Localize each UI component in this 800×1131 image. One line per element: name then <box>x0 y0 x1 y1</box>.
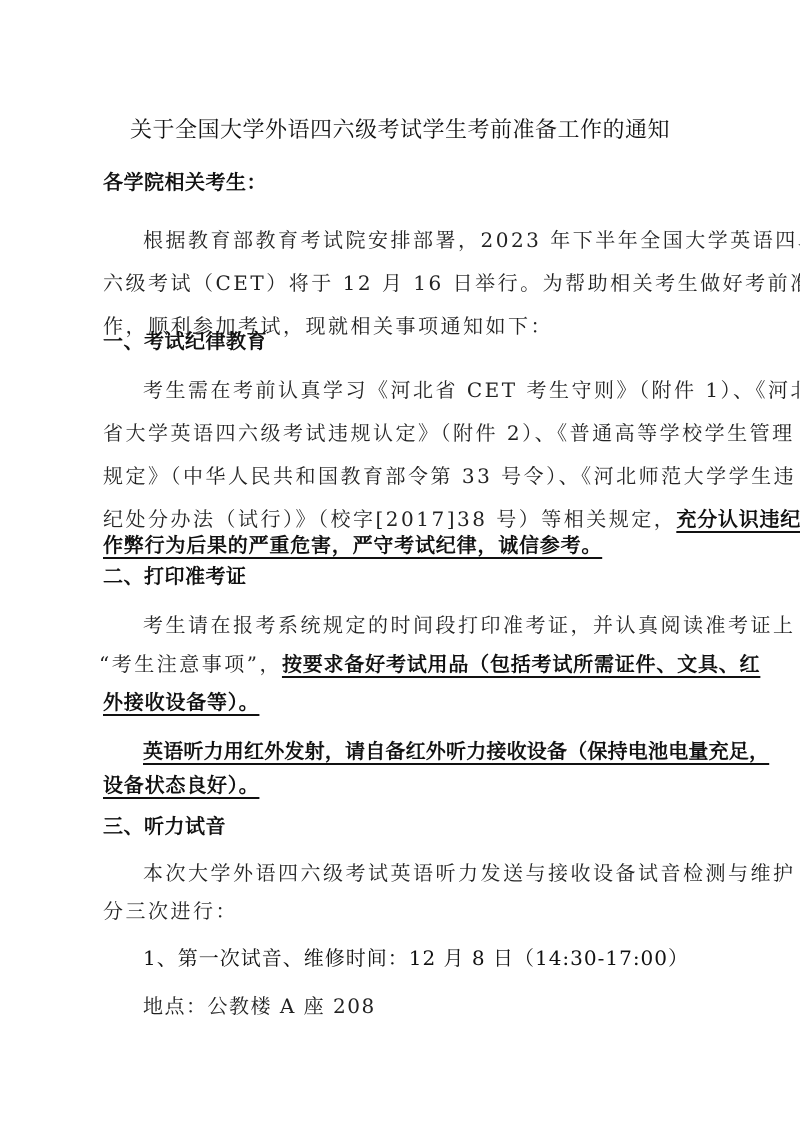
salutation: 各学院相关考生： <box>103 168 267 196</box>
document-page: 关于全国大学外语四六级考试学生考前准备工作的通知 各学院相关考生： 根据教育部教… <box>0 0 800 1131</box>
section-1-line-4-plain: 纪处分办法（试行）》（校字[2017]38 号）等相关规定， <box>103 507 676 531</box>
section-1-line-2: 省大学英语四六级考试违规认定》（附件 2）、《普通高等学校学生管理 <box>103 419 795 447</box>
schedule-item-1-location: 地点：公教楼 A 座 208 <box>143 992 376 1020</box>
section-1-line-3: 规定》（中华人民共和国教育部令第 33 号令）、《河北师范大学学生违 <box>103 462 796 490</box>
section-2-para-2-line-2: 设备状态良好）。 <box>103 771 259 799</box>
section-2-line-1: 考生请在报考系统规定的时间段打印准考证，并认真阅读准考证上 <box>143 611 796 639</box>
section-1-emphasis-end: 作弊行为后果的严重危害，严守考试纪律，诚信参考。 <box>103 531 602 559</box>
section-2-para-2-line-1: 英语听力用红外发射，请自备红外听力接收设备（保持电池电量充足， <box>143 737 769 765</box>
intro-line-1: 根据教育部教育考试院安排部署，2023 年下半年全国大学英语四、 <box>143 226 800 254</box>
section-2-line-2-plain: “考生注意事项”， <box>99 652 282 676</box>
section-3-heading: 三、听力试音 <box>103 812 226 840</box>
document-title: 关于全国大学外语四六级考试学生考前准备工作的通知 <box>0 116 800 146</box>
schedule-item-1: 1、第一次试音、维修时间：12 月 8 日（14:30-17:00） <box>143 944 689 972</box>
section-2-emphasis-start: 按要求备好考试用品（包括考试所需证件、文具、红 <box>282 652 760 676</box>
section-2-emphasis-end: 外接收设备等）。 <box>103 688 259 716</box>
section-3-line-2: 分三次进行： <box>103 897 238 925</box>
section-1-line-1: 考生需在考前认真学习《河北省 CET 考生守则》（附件 1）、《河北 <box>143 376 800 404</box>
intro-line-2: 六级考试（CET）将于 12 月 16 日举行。为帮助相关考生做好考前准备工 <box>103 269 800 297</box>
section-3-line-1: 本次大学外语四六级考试英语听力发送与接收设备试音检测与维护 <box>143 859 796 887</box>
section-2-heading: 二、打印准考证 <box>103 562 247 590</box>
section-1-emphasis-start: 充分认识违纪、 <box>676 507 800 531</box>
section-1-heading: 一、考试纪律教育 <box>103 327 267 355</box>
section-2-line-2: “考生注意事项”，按要求备好考试用品（包括考试所需证件、文具、红 <box>99 650 760 678</box>
section-1-line-4: 纪处分办法（试行）》（校字[2017]38 号）等相关规定，充分认识违纪、 <box>103 505 800 533</box>
